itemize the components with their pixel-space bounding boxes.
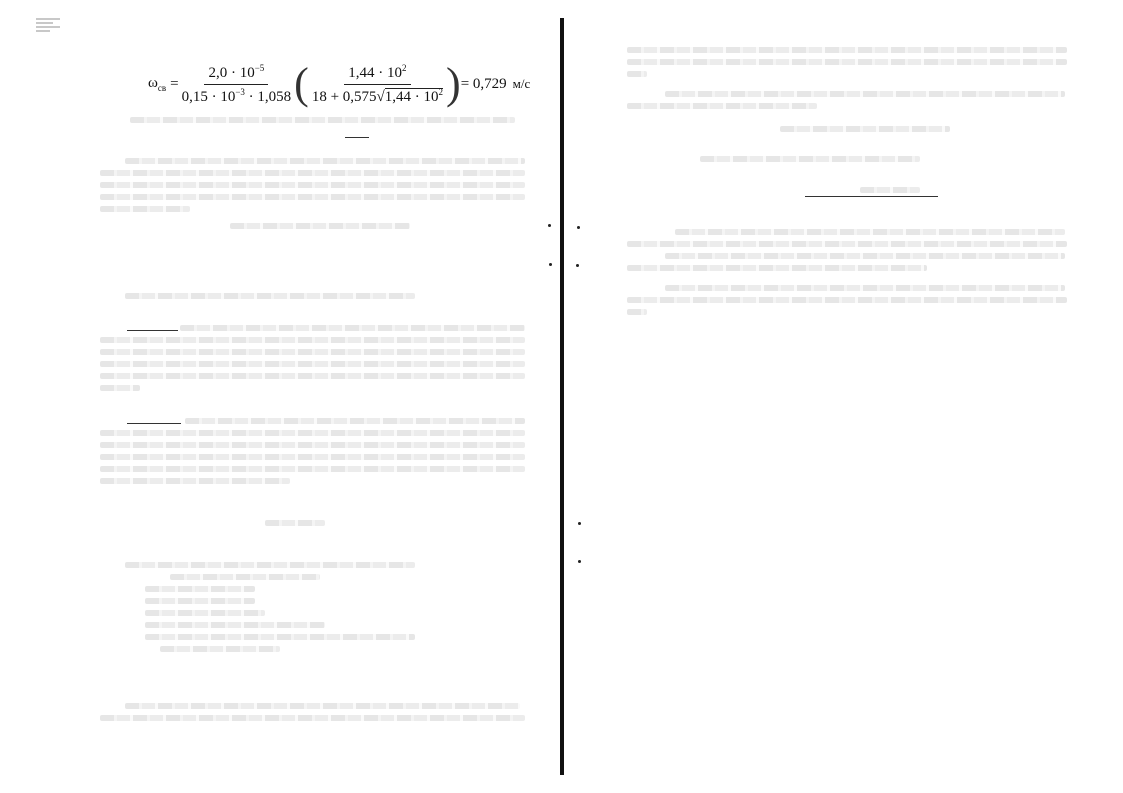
left-page: ωсв = 2,0 · 10−5 0,15 · 10−3 · 1,058 ( 1… <box>0 0 560 793</box>
right-paren: ) <box>446 62 461 106</box>
left-paren: ( <box>294 62 309 106</box>
formula-unit: м/с <box>513 76 531 92</box>
right-page <box>575 0 1123 793</box>
formula-fraction-1: 2,0 · 10−5 0,15 · 10−3 · 1,058 <box>182 63 292 106</box>
formula-fraction-2: 1,44 · 102 18 + 0,575√1,44 · 102 <box>312 63 443 106</box>
formula-lhs: ωсв <box>148 75 166 93</box>
formula-equals: = <box>170 76 178 93</box>
velocity-formula: ωсв = 2,0 · 10−5 0,15 · 10−3 · 1,058 ( 1… <box>148 54 530 114</box>
scan-speck <box>548 224 551 227</box>
page-gutter-divider <box>560 18 564 775</box>
formula-result: = 0,729 <box>461 76 507 93</box>
scan-speck <box>549 263 552 266</box>
